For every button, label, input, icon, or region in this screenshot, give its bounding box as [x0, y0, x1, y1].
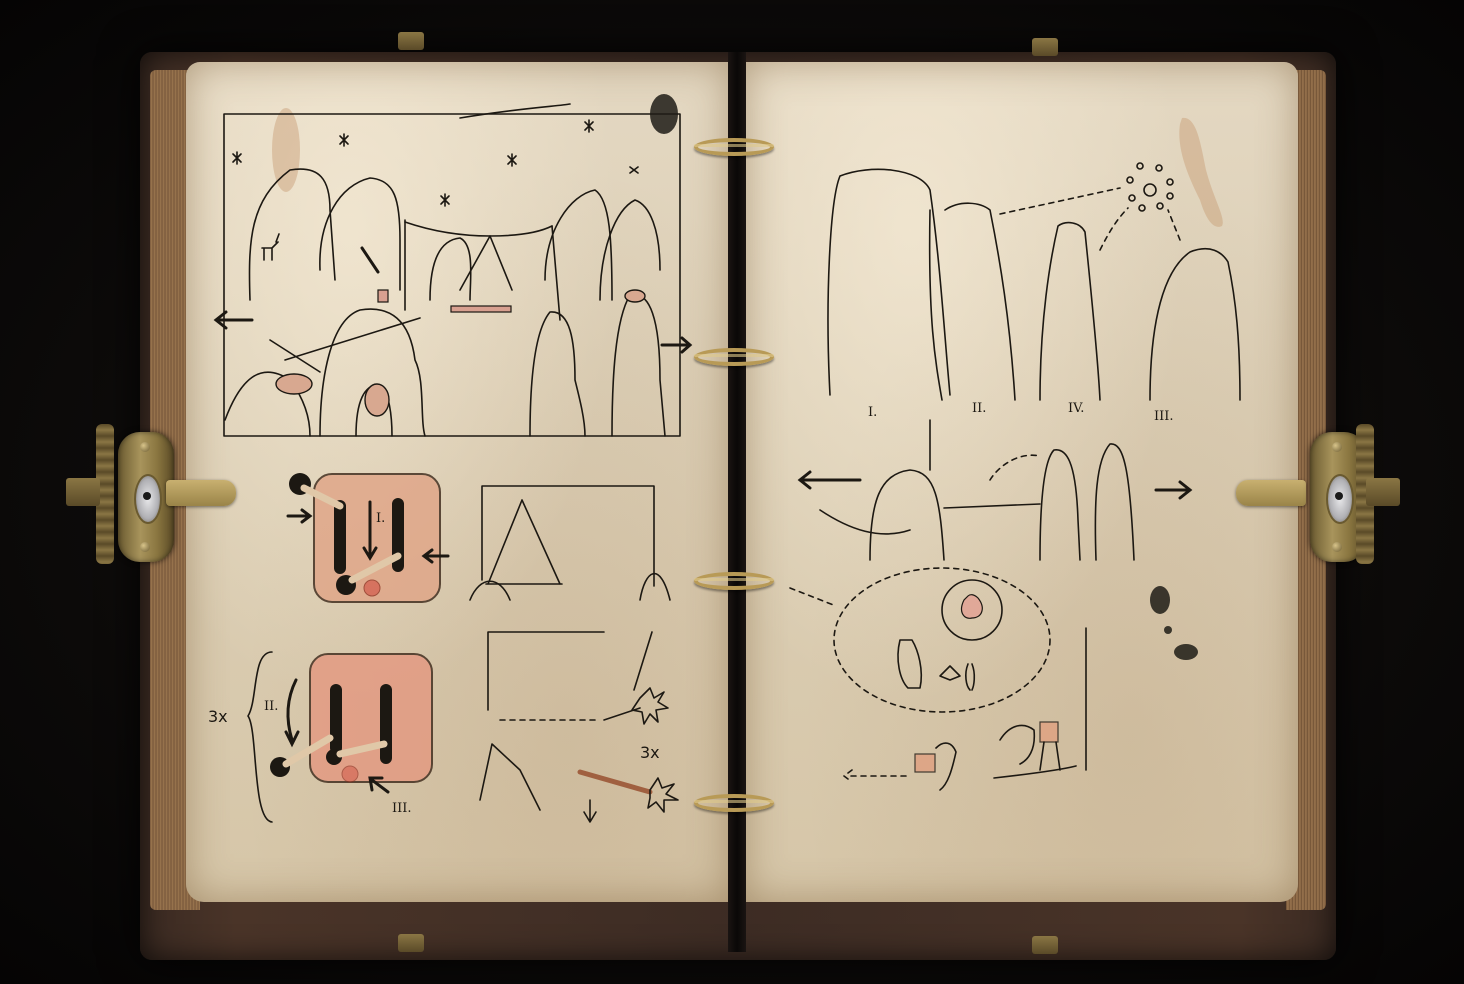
route-rocks — [820, 420, 1134, 560]
creature-sketch — [962, 595, 983, 619]
binder-ring — [694, 572, 774, 590]
ink-blot — [1164, 626, 1172, 634]
box-sketch — [1040, 722, 1058, 742]
right-clasp-hand[interactable] — [1236, 480, 1306, 506]
jump-arc — [990, 455, 1040, 480]
arrow-left-icon[interactable] — [800, 472, 860, 488]
face-label-II: II. — [972, 401, 986, 416]
gnome-sketch — [1000, 725, 1034, 764]
eye-icon — [134, 474, 162, 524]
gnome-sketch — [936, 743, 956, 790]
ink-blot — [1174, 644, 1198, 660]
binder-ring — [694, 794, 774, 812]
story-bubble — [834, 568, 1050, 712]
face-label-I: I. — [868, 405, 877, 420]
sight-line-arrow — [1168, 210, 1180, 240]
binder-ring — [694, 138, 774, 156]
left-clasp-hand[interactable] — [166, 480, 236, 506]
face-label-IV: IV. — [1068, 401, 1084, 416]
sun-rays — [1127, 163, 1173, 211]
rivet-icon — [140, 442, 150, 452]
arrow-right-icon[interactable] — [1156, 482, 1190, 498]
eye-icon — [1326, 474, 1354, 524]
rivet-icon — [140, 542, 150, 552]
arrow-left-icon — [844, 770, 906, 782]
box-sketch — [915, 754, 935, 772]
ground-sketch — [994, 742, 1076, 778]
stone-faces — [828, 169, 1240, 400]
face-label-III: III. — [1154, 409, 1174, 424]
characters-sketch — [898, 640, 974, 690]
rivet-icon — [1332, 542, 1342, 552]
stain — [1179, 118, 1222, 227]
binder-ring — [694, 348, 774, 366]
right-hinge-plate — [1366, 478, 1400, 506]
story-arrow — [790, 588, 836, 606]
ink-blot — [1150, 586, 1170, 614]
left-hinge-plate — [66, 478, 100, 506]
sight-line-arrow — [1000, 188, 1120, 214]
rivet-icon — [1332, 442, 1342, 452]
sight-line-arrow — [1100, 208, 1128, 250]
sun-icon — [1144, 184, 1156, 196]
